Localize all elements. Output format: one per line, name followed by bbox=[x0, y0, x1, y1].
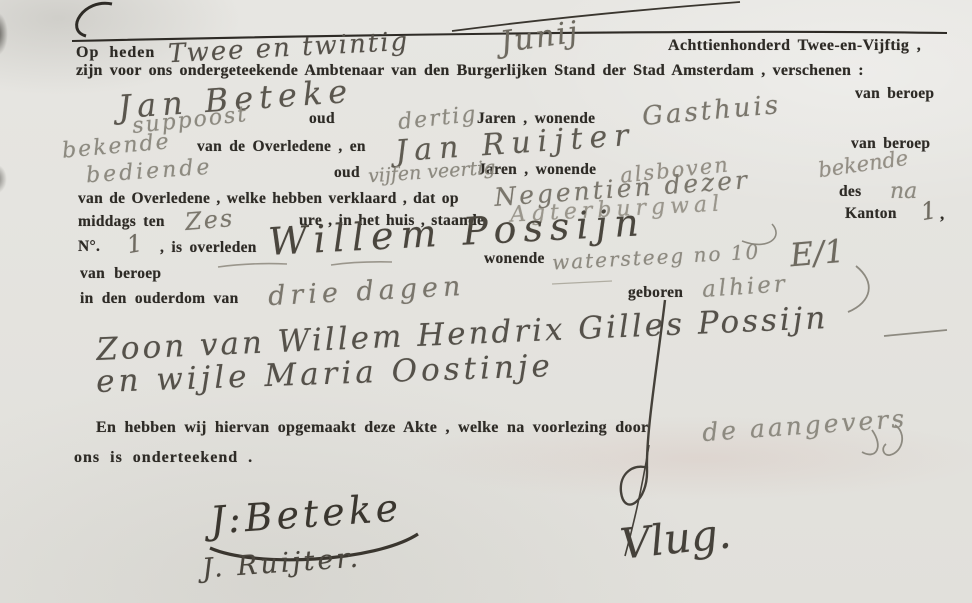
printed-verklaard-line: van de Overledene , welke hebben verklaa… bbox=[78, 190, 459, 208]
printed-middags-ten: middags ten bbox=[78, 213, 165, 231]
printed-closing-1: En hebben wij hiervan opgemaakt deze Akt… bbox=[96, 419, 648, 437]
printed-no-label: N°. bbox=[78, 238, 100, 256]
parents-line-dash bbox=[884, 330, 947, 336]
signature-beteke: J:Beteke bbox=[209, 485, 404, 542]
flourish-after-alhier bbox=[848, 266, 869, 312]
top-diagonal-stroke bbox=[452, 2, 740, 31]
printed-van-beroep-1: van beroep bbox=[855, 85, 934, 103]
handwritten-date-month: Junij bbox=[498, 15, 582, 61]
top-left-flourish bbox=[77, 3, 112, 36]
printed-wonende: wonende bbox=[484, 250, 545, 268]
printed-closing-2: ons is onderteekend . bbox=[74, 449, 253, 467]
handwritten-residence-no: E/1 bbox=[788, 232, 846, 275]
printed-kanton: Kanton bbox=[845, 205, 897, 223]
handwritten-birthplace: alhier bbox=[701, 271, 788, 303]
printed-oud-2: oud bbox=[334, 164, 360, 182]
printed-geboren: geboren bbox=[628, 284, 683, 302]
handwritten-age-at-death: drie dagen bbox=[267, 271, 466, 312]
printed-is-overleden: , is overleden bbox=[160, 239, 257, 257]
handwritten-kanton-no: 1 bbox=[919, 196, 939, 226]
blank-dash-3 bbox=[552, 281, 612, 284]
printed-op-heden: Op heden bbox=[76, 44, 155, 62]
handwritten-read-by: de aangevers bbox=[701, 404, 908, 447]
printed-year: Achttienhonderd Twee-en-Vijftig , bbox=[668, 37, 921, 55]
blank-dash-2 bbox=[331, 262, 392, 265]
printed-ouderdom: in den ouderdom van bbox=[80, 290, 239, 308]
handwritten-declarant2-age: vijfen veertig bbox=[367, 157, 496, 188]
printed-oud-1: oud bbox=[309, 110, 335, 128]
printed-kanton-comma: , bbox=[940, 204, 945, 224]
printed-des: des bbox=[839, 183, 861, 201]
scan-smudge-left bbox=[0, 164, 7, 194]
signature-official: Vlug. bbox=[618, 508, 734, 568]
scan-smudge-top-left bbox=[0, 12, 8, 56]
printed-van-beroep-3: van beroep bbox=[80, 265, 161, 283]
handwritten-declarant1-residence: Gasthuis bbox=[641, 90, 782, 132]
handwritten-des-qualifier: na bbox=[890, 179, 917, 204]
handwritten-death-hour: Zes bbox=[184, 204, 235, 236]
blank-dash-1 bbox=[218, 264, 287, 267]
death-record-page: Op heden Achttienhonderd Twee-en-Vijftig… bbox=[0, 0, 972, 603]
handwritten-declarant2-relation: bekende bbox=[817, 146, 910, 182]
printed-van-de-overledene-en: van de Overledene , en bbox=[197, 138, 366, 156]
handwritten-house-no: 1 bbox=[125, 229, 145, 259]
signature-ruijter: J. Ruijter. bbox=[201, 542, 362, 584]
